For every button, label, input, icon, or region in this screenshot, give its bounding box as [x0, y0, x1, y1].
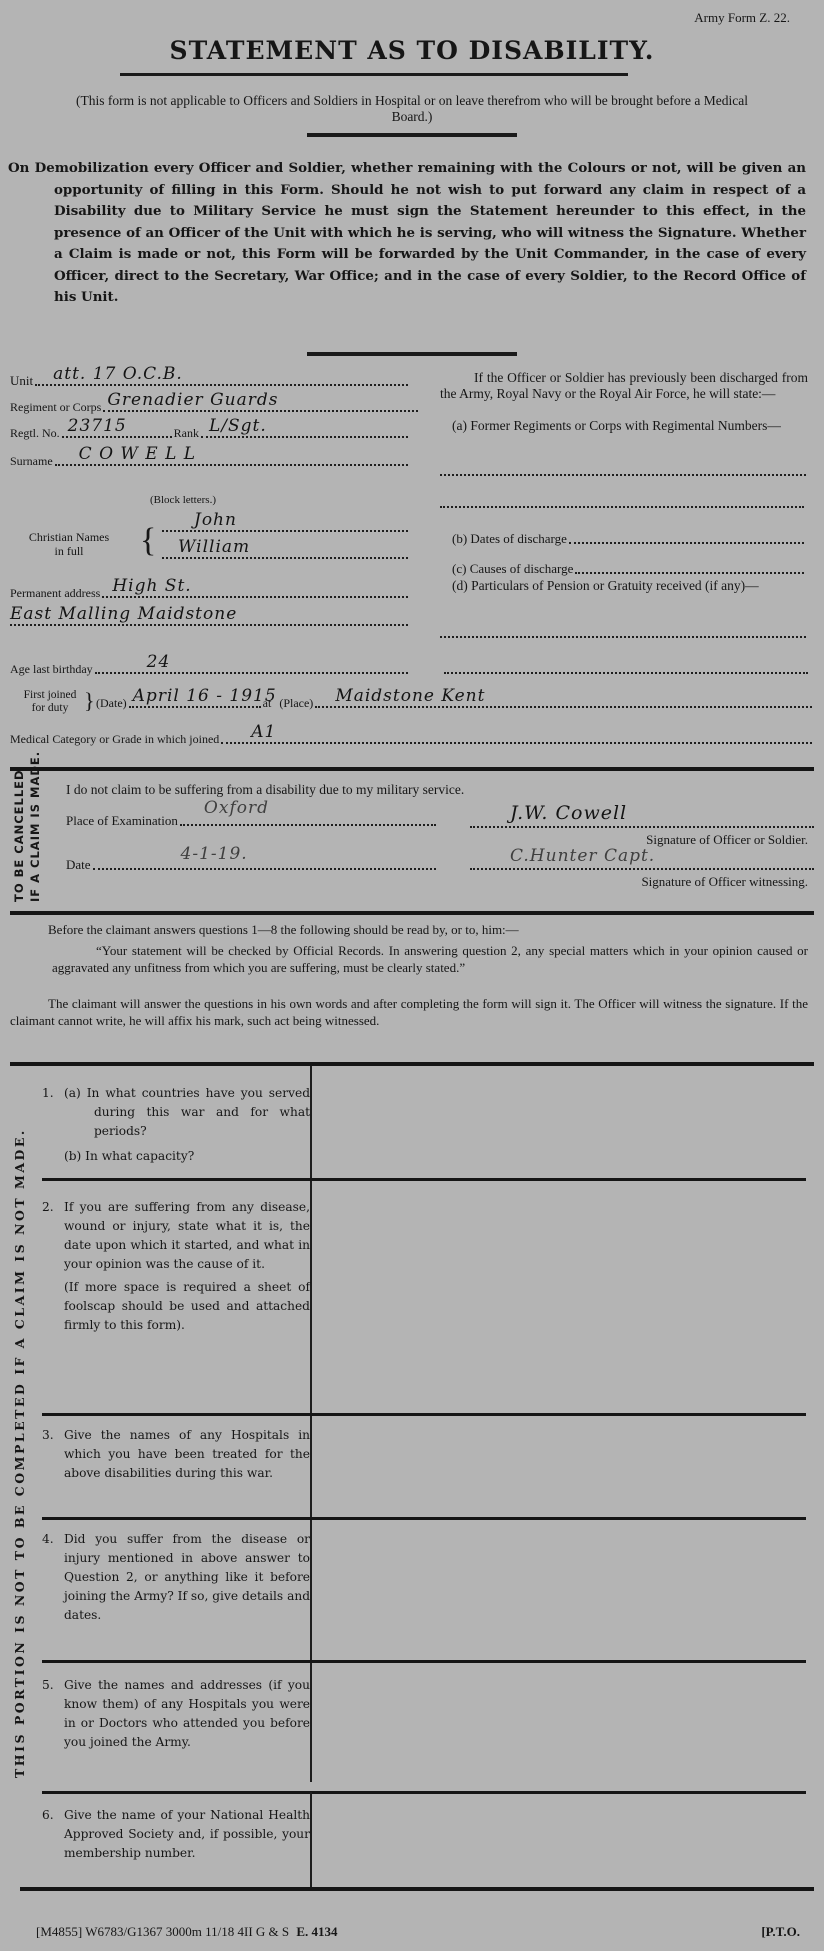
- soldier-signature-value: J.W. Cowell: [510, 802, 627, 824]
- age-field: Age last birthday 24: [10, 660, 410, 677]
- print-code: [M4855] W6783/G1367 3000m 11/18 4II G & …: [36, 1924, 338, 1940]
- column-divider: [310, 1792, 312, 1888]
- brace-small: }: [84, 688, 95, 714]
- address-line2-value[interactable]: East Malling Maidstone: [10, 604, 237, 624]
- rank-label: Rank: [174, 426, 199, 441]
- intro-paragraph: On Demobilization every Officer and Sold…: [8, 158, 806, 309]
- divider: [307, 133, 517, 137]
- page-title: STATEMENT AS TO DISABILITY.: [0, 36, 824, 65]
- question-divider: [42, 1660, 806, 1663]
- causes-of-discharge-input[interactable]: [575, 560, 804, 574]
- no-claim-statement: I do not claim to be suffering from a di…: [66, 782, 464, 798]
- place-label: (Place): [279, 696, 313, 711]
- place-of-examination-field: Place of Examination Oxford: [66, 812, 438, 829]
- previous-discharge-intro: If the Officer or Soldier has previously…: [440, 370, 808, 402]
- section-divider: [20, 1887, 814, 1891]
- witness-signature-line[interactable]: C.Hunter Capt.: [470, 868, 814, 870]
- form-number: Army Form Z. 22.: [694, 10, 790, 26]
- surname-value[interactable]: C O W E L L: [79, 444, 196, 464]
- address-label: Permanent address: [10, 586, 100, 601]
- surname-field: Surname C O W E L L: [10, 452, 410, 469]
- questions-side-label: THIS PORTION IS NOT TO BE COMPLETED IF A…: [12, 1068, 27, 1838]
- address-line1-value[interactable]: High St.: [112, 576, 191, 596]
- regiment-value[interactable]: Grenadier Guards: [107, 390, 278, 410]
- place-of-examination-value[interactable]: Oxford: [204, 798, 269, 818]
- medical-category-value[interactable]: A1: [251, 722, 276, 742]
- medical-category-field: Medical Category or Grade in which joine…: [10, 730, 814, 747]
- title-underline: [120, 73, 628, 76]
- regtl-no-rank-field: Regtl. No. 23715 Rank L/Sgt.: [10, 424, 410, 441]
- question-2: 2. If you are suffering from any disease…: [42, 1198, 310, 1335]
- question-divider: [42, 1413, 806, 1416]
- question-divider: [42, 1178, 806, 1181]
- cancel-note-line1: TO BE CANCELLED: [12, 776, 26, 902]
- christian-name-2-field: William: [160, 545, 410, 562]
- unit-label: Unit: [10, 373, 33, 389]
- rank-value[interactable]: L/Sgt.: [209, 416, 267, 436]
- instruction-line-3: The claimant will answer the questions i…: [10, 996, 808, 1029]
- brace: {: [140, 522, 156, 560]
- question-3: 3. Give the names of any Hospitals in wh…: [42, 1426, 310, 1483]
- first-joined-date-value[interactable]: April 16 - 1915: [133, 686, 277, 706]
- regtl-no-label: Regtl. No.: [10, 426, 60, 441]
- answer-6[interactable]: [314, 1795, 810, 1887]
- unit-field: Unit att. 17 O.C.B.: [10, 372, 410, 389]
- answer-4[interactable]: [314, 1521, 810, 1661]
- exam-date-value[interactable]: 4-1-19.: [181, 844, 248, 864]
- regiment-field: Regiment or Corps Grenadier Guards: [10, 398, 420, 415]
- applicability-note: (This form is not applicable to Officers…: [60, 93, 764, 125]
- surname-note: (Block letters.): [150, 494, 216, 506]
- christian-names-label: Christian Names in full: [10, 530, 128, 558]
- dates-of-discharge-input[interactable]: [569, 530, 804, 544]
- section-divider: [10, 1062, 814, 1066]
- christian-name-2-value[interactable]: William: [178, 537, 250, 557]
- question-divider: [42, 1791, 806, 1794]
- pension-line-1[interactable]: [440, 636, 806, 638]
- age-value[interactable]: 24: [147, 652, 171, 672]
- christian-name-1-field: John: [160, 518, 410, 535]
- causes-of-discharge-field: (c) Causes of discharge: [452, 560, 806, 577]
- answer-5[interactable]: [314, 1664, 810, 1790]
- address-line2-field: East Malling Maidstone: [10, 612, 410, 629]
- previous-discharge-a: (a) Former Regiments or Corps with Regim…: [452, 418, 808, 434]
- former-regiments-line-2[interactable]: [440, 506, 804, 508]
- section-divider: [10, 767, 814, 771]
- unit-value[interactable]: att. 17 O.C.B.: [53, 364, 183, 384]
- regtl-no-value[interactable]: 23715: [68, 416, 127, 436]
- section-divider: [10, 911, 814, 915]
- witness-signature-label: Signature of Officer witnessing.: [641, 874, 808, 890]
- soldier-signature-line[interactable]: J.W. Cowell: [470, 826, 814, 828]
- question-5: 5. Give the names and addresses (if you …: [42, 1676, 310, 1752]
- date-label: (Date): [96, 696, 127, 711]
- pto-note: [P.T.O.: [761, 1924, 800, 1940]
- soldier-signature-label: Signature of Officer or Soldier.: [646, 832, 808, 848]
- age-label: Age last birthday: [10, 662, 93, 677]
- question-4: 4. Did you suffer from the disease or in…: [42, 1530, 310, 1625]
- address-field: Permanent address High St.: [10, 584, 410, 601]
- instruction-quote: “Your statement will be checked by Offic…: [52, 943, 808, 976]
- first-joined-label: First joined for duty: [10, 689, 90, 715]
- first-joined-field: (Date) April 16 - 1915 at (Place) Maidst…: [96, 694, 814, 711]
- dates-of-discharge-field: (b) Dates of discharge: [452, 530, 806, 547]
- exam-date-field: Date 4-1-19.: [66, 856, 438, 873]
- question-1: 1. (a) In what countries have you served…: [42, 1084, 310, 1166]
- instruction-line-1: Before the claimant answers questions 1—…: [48, 922, 808, 939]
- medical-category-label: Medical Category or Grade in which joine…: [10, 732, 219, 747]
- cancel-note-line2: IF A CLAIM IS MADE.: [28, 776, 42, 902]
- question-6: 6. Give the name of your National Health…: [42, 1806, 310, 1863]
- column-divider: [310, 1066, 312, 1782]
- pension-line-2[interactable]: [444, 672, 808, 674]
- divider: [307, 352, 517, 356]
- former-regiments-line-1[interactable]: [440, 474, 806, 476]
- answer-1[interactable]: [314, 1068, 810, 1178]
- surname-label: Surname: [10, 454, 53, 469]
- answer-2[interactable]: [314, 1182, 810, 1412]
- regiment-label: Regiment or Corps: [10, 400, 101, 415]
- question-divider: [42, 1517, 806, 1520]
- previous-discharge-d: (d) Particulars of Pension or Gratuity r…: [452, 578, 808, 594]
- christian-name-1-value[interactable]: John: [194, 510, 237, 530]
- answer-3[interactable]: [314, 1417, 810, 1517]
- witness-signature-value: C.Hunter Capt.: [510, 846, 655, 866]
- first-joined-place-value[interactable]: Maidstone Kent: [335, 686, 485, 706]
